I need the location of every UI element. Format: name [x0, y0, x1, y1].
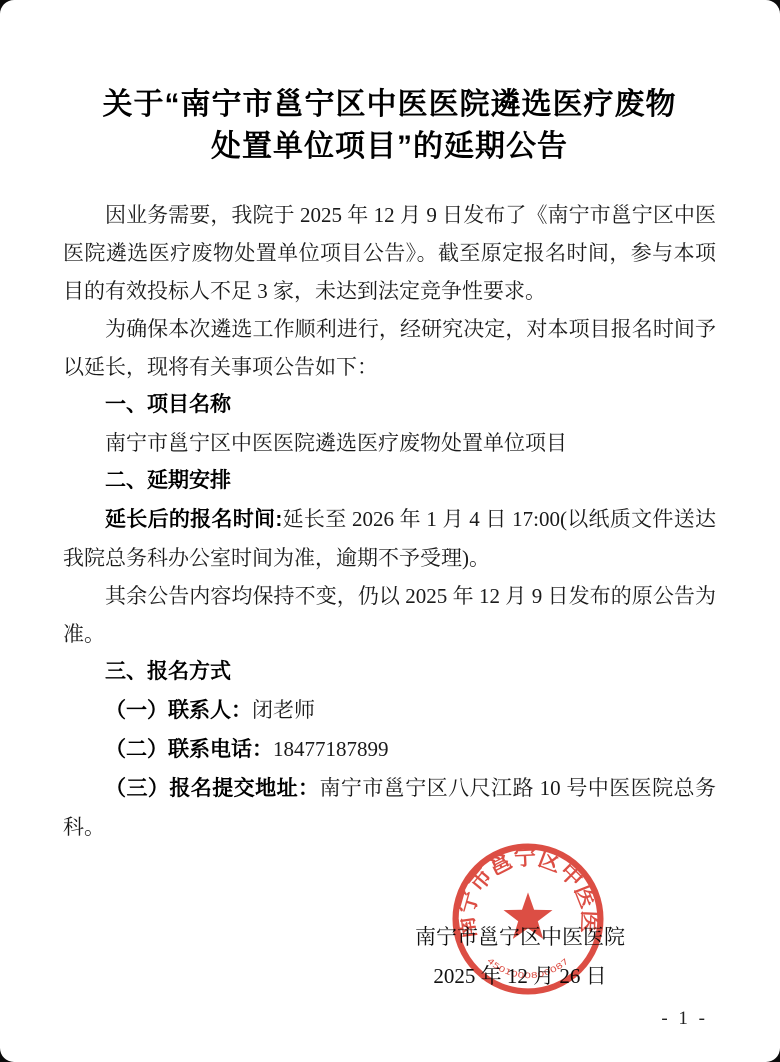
document-content: 关于“南宁市邕宁区中医医院遴选医疗废物 处置单位项目”的延期公告 因业务需要，我…	[63, 84, 716, 846]
page-number: - 1 -	[661, 1008, 708, 1030]
contact-phone-value: 18477187899	[273, 737, 389, 761]
document-title: 关于“南宁市邕宁区中医医院遴选医疗废物 处置单位项目”的延期公告	[63, 84, 716, 168]
contact-address-row: （三）报名提交地址：南宁市邕宁区八尺江路 10 号中医医院总务科。	[63, 769, 716, 846]
contact-person-value: 闭老师	[252, 698, 315, 722]
signature-org: 南宁市邕宁区中医医院	[380, 918, 660, 957]
contact-person-row: （一）联系人：闭老师	[63, 691, 716, 730]
title-line-2: 处置单位项目”的延期公告	[63, 126, 716, 168]
signature-date: 2025 年 12 月 26 日	[380, 957, 660, 996]
document-body: 因业务需要，我院于 2025 年 12 月 9 日发布了《南宁市邕宁区中医医院遴…	[63, 196, 716, 846]
project-name: 南宁市邕宁区中医医院遴选医疗废物处置单位项目	[63, 424, 716, 462]
section-1-heading: 一、项目名称	[63, 386, 716, 424]
section-2-heading: 二、延期安排	[63, 462, 716, 500]
deadline-paragraph: 延长后的报名时间:延长至 2026 年 1 月 4 日 17:00(以纸质文件送…	[63, 500, 716, 577]
section-3-heading: 三、报名方式	[63, 653, 716, 691]
deadline-label: 延长后的报名时间:	[105, 508, 282, 531]
paragraph-decision: 为确保本次遴选工作顺利进行，经研究决定，对本项目报名时间予以延长，现将有关事项公…	[63, 310, 716, 386]
contact-phone-label: （二）联系电话：	[105, 738, 273, 761]
contact-person-label: （一）联系人：	[105, 699, 252, 722]
document-page: 关于“南宁市邕宁区中医医院遴选医疗废物 处置单位项目”的延期公告 因业务需要，我…	[0, 0, 780, 1062]
contact-address-label: （三）报名提交地址：	[105, 777, 319, 800]
contact-phone-row: （二）联系电话：18477187899	[63, 730, 716, 769]
title-line-1: 关于“南宁市邕宁区中医医院遴选医疗废物	[63, 84, 716, 126]
paragraph-unchanged: 其余公告内容均保持不变，仍以 2025 年 12 月 9 日发布的原公告为准。	[63, 577, 716, 653]
paragraph-intro: 因业务需要，我院于 2025 年 12 月 9 日发布了《南宁市邕宁区中医医院遴…	[63, 196, 716, 310]
signature-block: 南宁市邕宁区中医医院 2025 年 12 月 26 日	[380, 918, 660, 996]
